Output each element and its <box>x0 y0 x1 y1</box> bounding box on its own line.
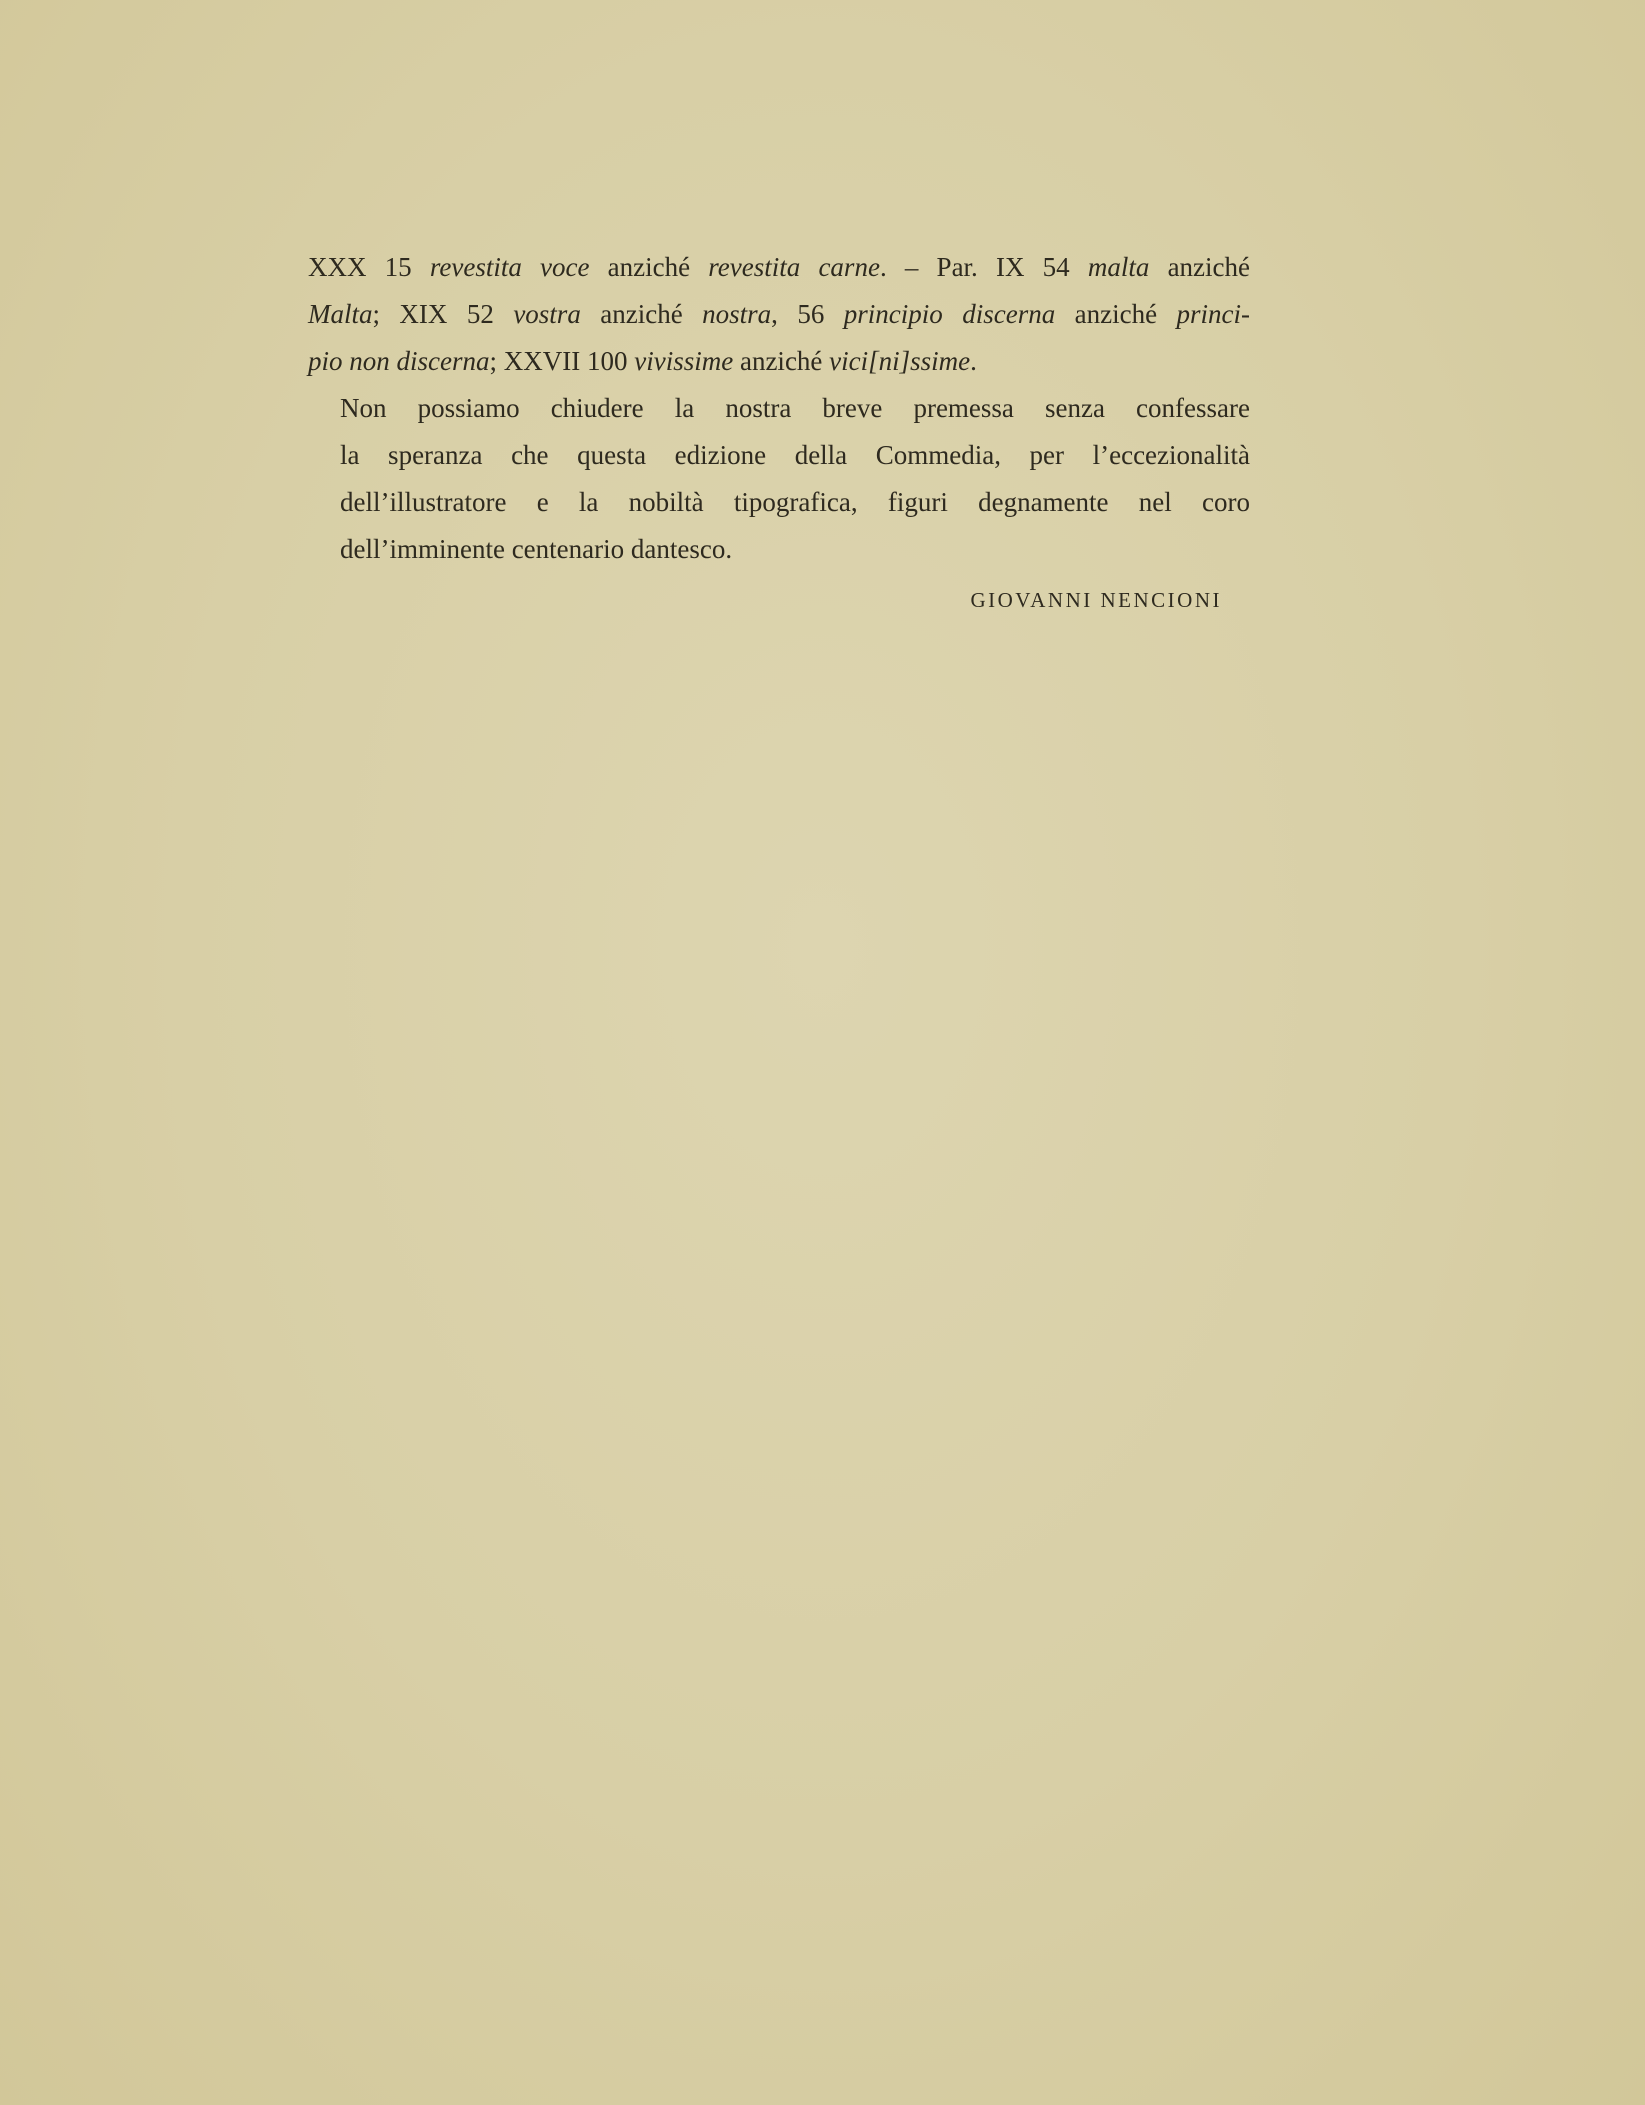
text-line: la speranza che questa edizione della Co… <box>308 432 1250 479</box>
italic-citation: Malta <box>308 299 373 329</box>
text-run: , 56 <box>771 299 844 329</box>
text-line: pio non discerna; XXVII 100 vivissime an… <box>308 338 1250 385</box>
text-run: . – Par. IX 54 <box>880 252 1088 282</box>
italic-citation: principio discerna <box>844 299 1055 329</box>
italic-citation: vici[ni]ssime <box>829 346 970 376</box>
italic-citation: princi- <box>1177 299 1251 329</box>
text-line: dell’imminente centenario dantesco. <box>308 526 1250 573</box>
italic-citation: vostra <box>513 299 581 329</box>
text-line: Non possiamo chiudere la nostra breve pr… <box>308 385 1250 432</box>
italic-citation: malta <box>1088 252 1150 282</box>
text-run: ; XIX 52 <box>373 299 514 329</box>
italic-citation: pio non discerna <box>308 346 490 376</box>
italic-citation: revestita voce <box>430 252 590 282</box>
text-run: anziché <box>1055 299 1176 329</box>
author-signature: GIOVANNI NENCIONI <box>970 588 1222 613</box>
text-run: ; XXVII 100 <box>490 346 635 376</box>
text-run: anziché <box>1149 252 1250 282</box>
text-run: anziché <box>589 252 708 282</box>
text-line: XXX 15 revestita voce anziché revestita … <box>308 244 1250 291</box>
paragraph-closing: Non possiamo chiudere la nostra breve pr… <box>308 385 1250 573</box>
text-run: anziché <box>581 299 702 329</box>
text-run: XXX 15 <box>308 252 430 282</box>
text-line: Malta; XIX 52 vostra anziché nostra, 56 … <box>308 291 1250 338</box>
text-run: . <box>970 346 977 376</box>
paragraph-variant-readings: XXX 15 revestita voce anziché revestita … <box>308 244 1250 385</box>
italic-citation: vivissime <box>634 346 733 376</box>
italic-citation: nostra <box>702 299 771 329</box>
document-body: XXX 15 revestita voce anziché revestita … <box>308 244 1250 573</box>
text-line: dell’illustratore e la nobiltà tipografi… <box>308 479 1250 526</box>
text-run: anziché <box>733 346 829 376</box>
italic-citation: revestita carne <box>708 252 880 282</box>
